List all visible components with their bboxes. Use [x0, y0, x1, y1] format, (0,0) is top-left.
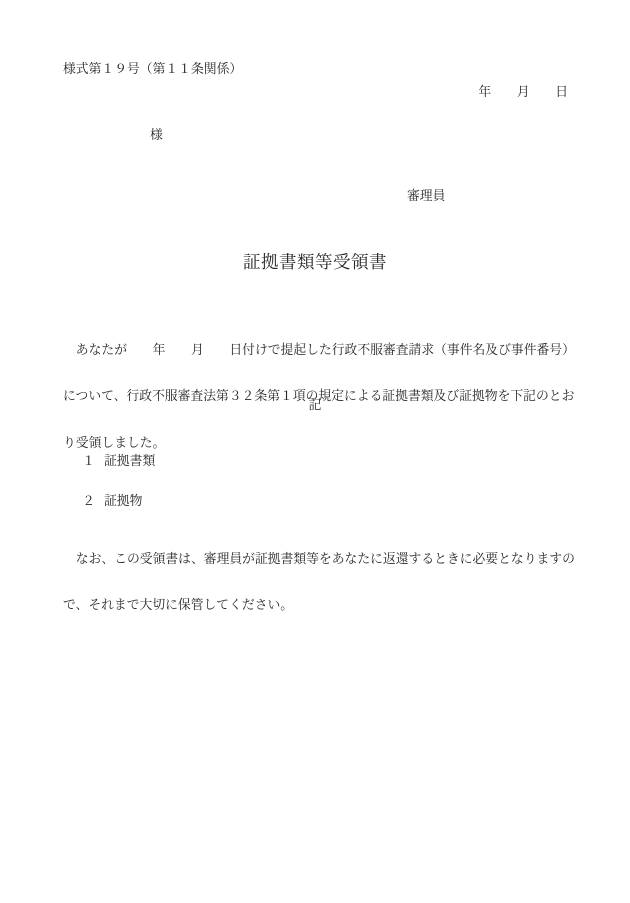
closing-note: なお、この受領書は、審理員が証拠書類等をあなたに返還するときに必要となりますの … [63, 523, 583, 642]
body-line-1: あなたが 年 月 日付けで提起した行政不服審査請求（事件名及び事件番号） [63, 340, 583, 361]
signer-title: 審理員 [407, 191, 445, 204]
list-item-evidence-documents: １証拠書類 [66, 443, 155, 481]
document-title: 証拠書類等受領書 [0, 255, 630, 273]
form-number: 様式第１９号（第１１条関係） [63, 64, 242, 77]
date-line: 年 月 日 [478, 87, 568, 100]
document-page: 様式第１９号（第１１条関係） 年 月 日 様 審理員 証拠書類等受領書 あなたが… [0, 0, 630, 903]
list-item-number: ２ [82, 496, 95, 509]
list-item-number: １ [82, 456, 95, 469]
closing-line-2: で、それまで大切に保管してください。 [63, 595, 583, 616]
list-item-evidence-objects: ２証拠物 [66, 483, 142, 521]
list-item-label: 証拠書類 [104, 454, 155, 469]
addressee-suffix: 様 [150, 130, 163, 143]
closing-line-1: なお、この受領書は、審理員が証拠書類等をあなたに返還するときに必要となりますの [63, 549, 583, 570]
record-marker: 記 [0, 400, 630, 413]
list-item-label: 証拠物 [104, 494, 142, 509]
